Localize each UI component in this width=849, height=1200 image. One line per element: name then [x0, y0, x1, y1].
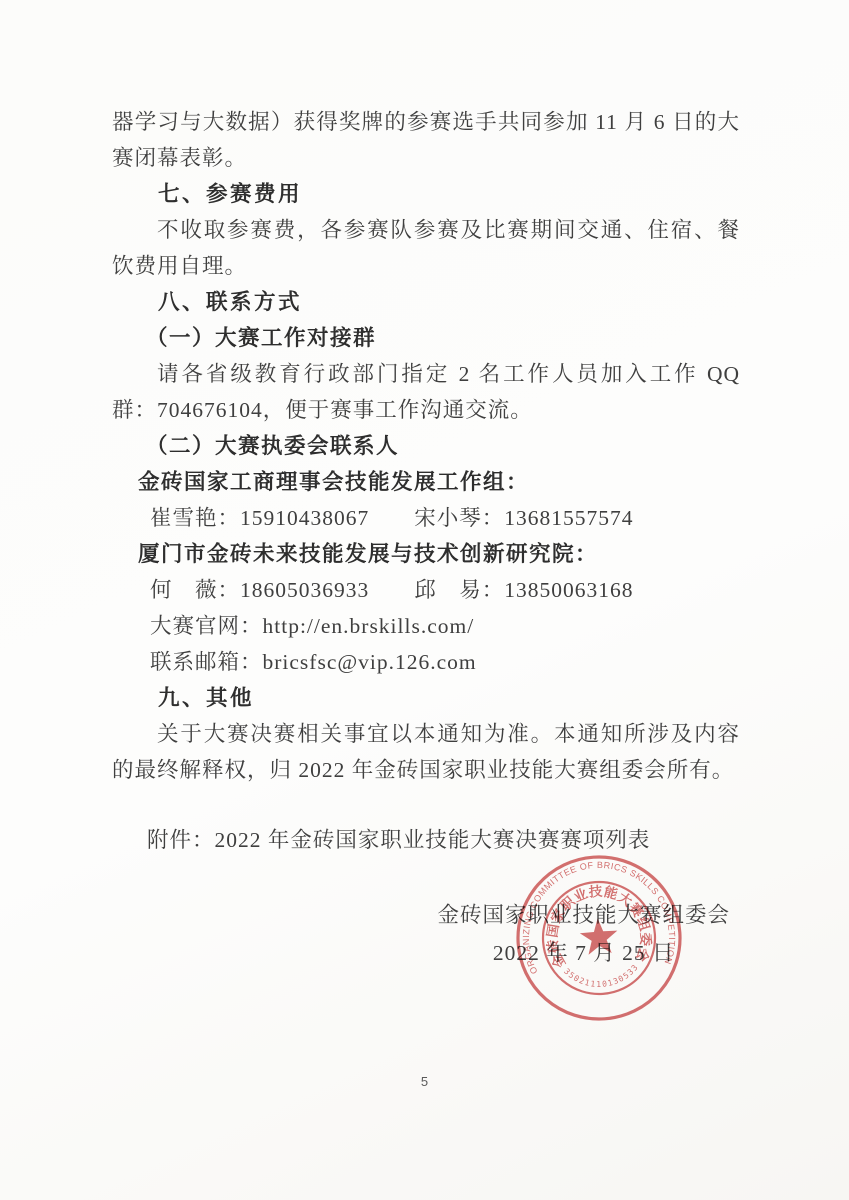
svg-text:ORGANIZING COMMITTEE OF BRICS: ORGANIZING COMMITTEE OF BRICS SKILLS COM… [516, 855, 679, 977]
section-7-heading: 七、参赛费用 [112, 176, 740, 212]
contact-email-line: 联系邮箱：bricsfsc@vip.126.com [112, 644, 740, 680]
official-website-line: 大赛官网：http://en.brskills.com/ [112, 608, 740, 644]
official-seal-stamp: ORGANIZING COMMITTEE OF BRICS SKILLS COM… [512, 851, 686, 1025]
seal-english-ring-text: ORGANIZING COMMITTEE OF BRICS SKILLS COM… [516, 855, 679, 977]
contact-group-2-phones: 何 薇：18605036933 邱 易：13850063168 [112, 572, 740, 608]
section-7-body: 不收取参赛费，各参赛队参赛及比赛期间交通、住宿、餐饮费用自理。 [112, 212, 740, 284]
section-8-heading: 八、联系方式 [112, 284, 740, 320]
contact-group-1-title: 金砖国家工商理事会技能发展工作组： [112, 464, 740, 500]
seal-star-icon [579, 917, 619, 955]
continuation-paragraph: 器学习与大数据）获得奖牌的参赛选手共同参加 11 月 6 日的大赛闭幕表彰。 [112, 104, 740, 176]
document-page: 器学习与大数据）获得奖牌的参赛选手共同参加 11 月 6 日的大赛闭幕表彰。 七… [0, 0, 849, 1200]
contact-group-2-title: 厦门市金砖未来技能发展与技术创新研究院： [112, 536, 740, 572]
document-content: 器学习与大数据）获得奖牌的参赛选手共同参加 11 月 6 日的大赛闭幕表彰。 七… [112, 104, 740, 972]
section-9-heading: 九、其他 [112, 680, 740, 716]
section-8-sub1-body: 请各省级教育行政部门指定 2 名工作人员加入工作 QQ 群：704676104，… [112, 356, 740, 428]
section-9-body: 关于大赛决赛相关事宜以本通知为准。本通知所涉及内容的最终解释权，归 2022 年… [112, 716, 740, 788]
section-8-sub1-heading: （一）大赛工作对接群 [112, 320, 740, 356]
page-number: 5 [0, 1074, 849, 1089]
section-8-sub2-heading: （二）大赛执委会联系人 [112, 428, 740, 464]
contact-group-1-phones: 崔雪艳：15910438067 宋小琴：13681557574 [112, 500, 740, 536]
